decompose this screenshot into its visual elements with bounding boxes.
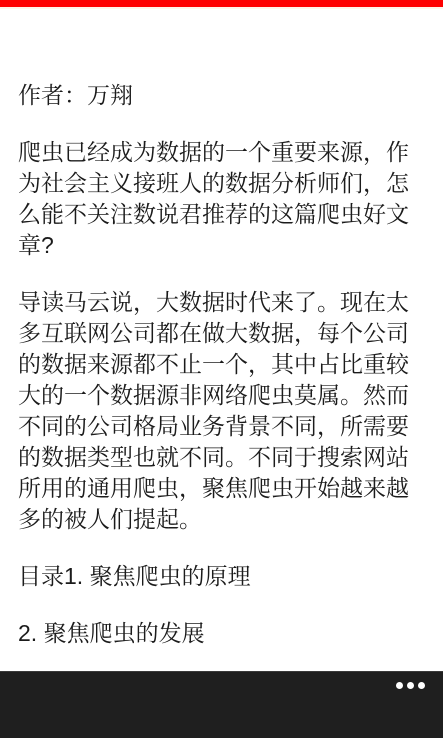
app-bar — [0, 671, 443, 738]
more-ellipsis-icon[interactable] — [392, 679, 429, 692]
toc-item-1: 目录1. 聚焦爬虫的原理 — [18, 561, 425, 592]
article-paragraph-intro: 爬虫已经成为数据的一个重要来源，作为社会主义接班人的数据分析师们，怎么能不关注数… — [18, 137, 425, 261]
ellipsis-dot — [396, 682, 403, 689]
article-paragraph-daodu: 导读马云说，大数据时代来了。现在太多互联网公司都在做大数据，每个公司的数据来源都… — [18, 287, 425, 535]
app-screen: 作者：万翔 爬虫已经成为数据的一个重要来源，作为社会主义接班人的数据分析师们，怎… — [0, 0, 443, 738]
ellipsis-dot — [418, 682, 425, 689]
article-author: 作者：万翔 — [18, 80, 425, 111]
status-bar — [0, 0, 443, 9]
ellipsis-dot — [407, 682, 414, 689]
toc-item-2: 2. 聚焦爬虫的发展 — [18, 618, 425, 649]
article-content: 作者：万翔 爬虫已经成为数据的一个重要来源，作为社会主义接班人的数据分析师们，怎… — [0, 9, 443, 671]
